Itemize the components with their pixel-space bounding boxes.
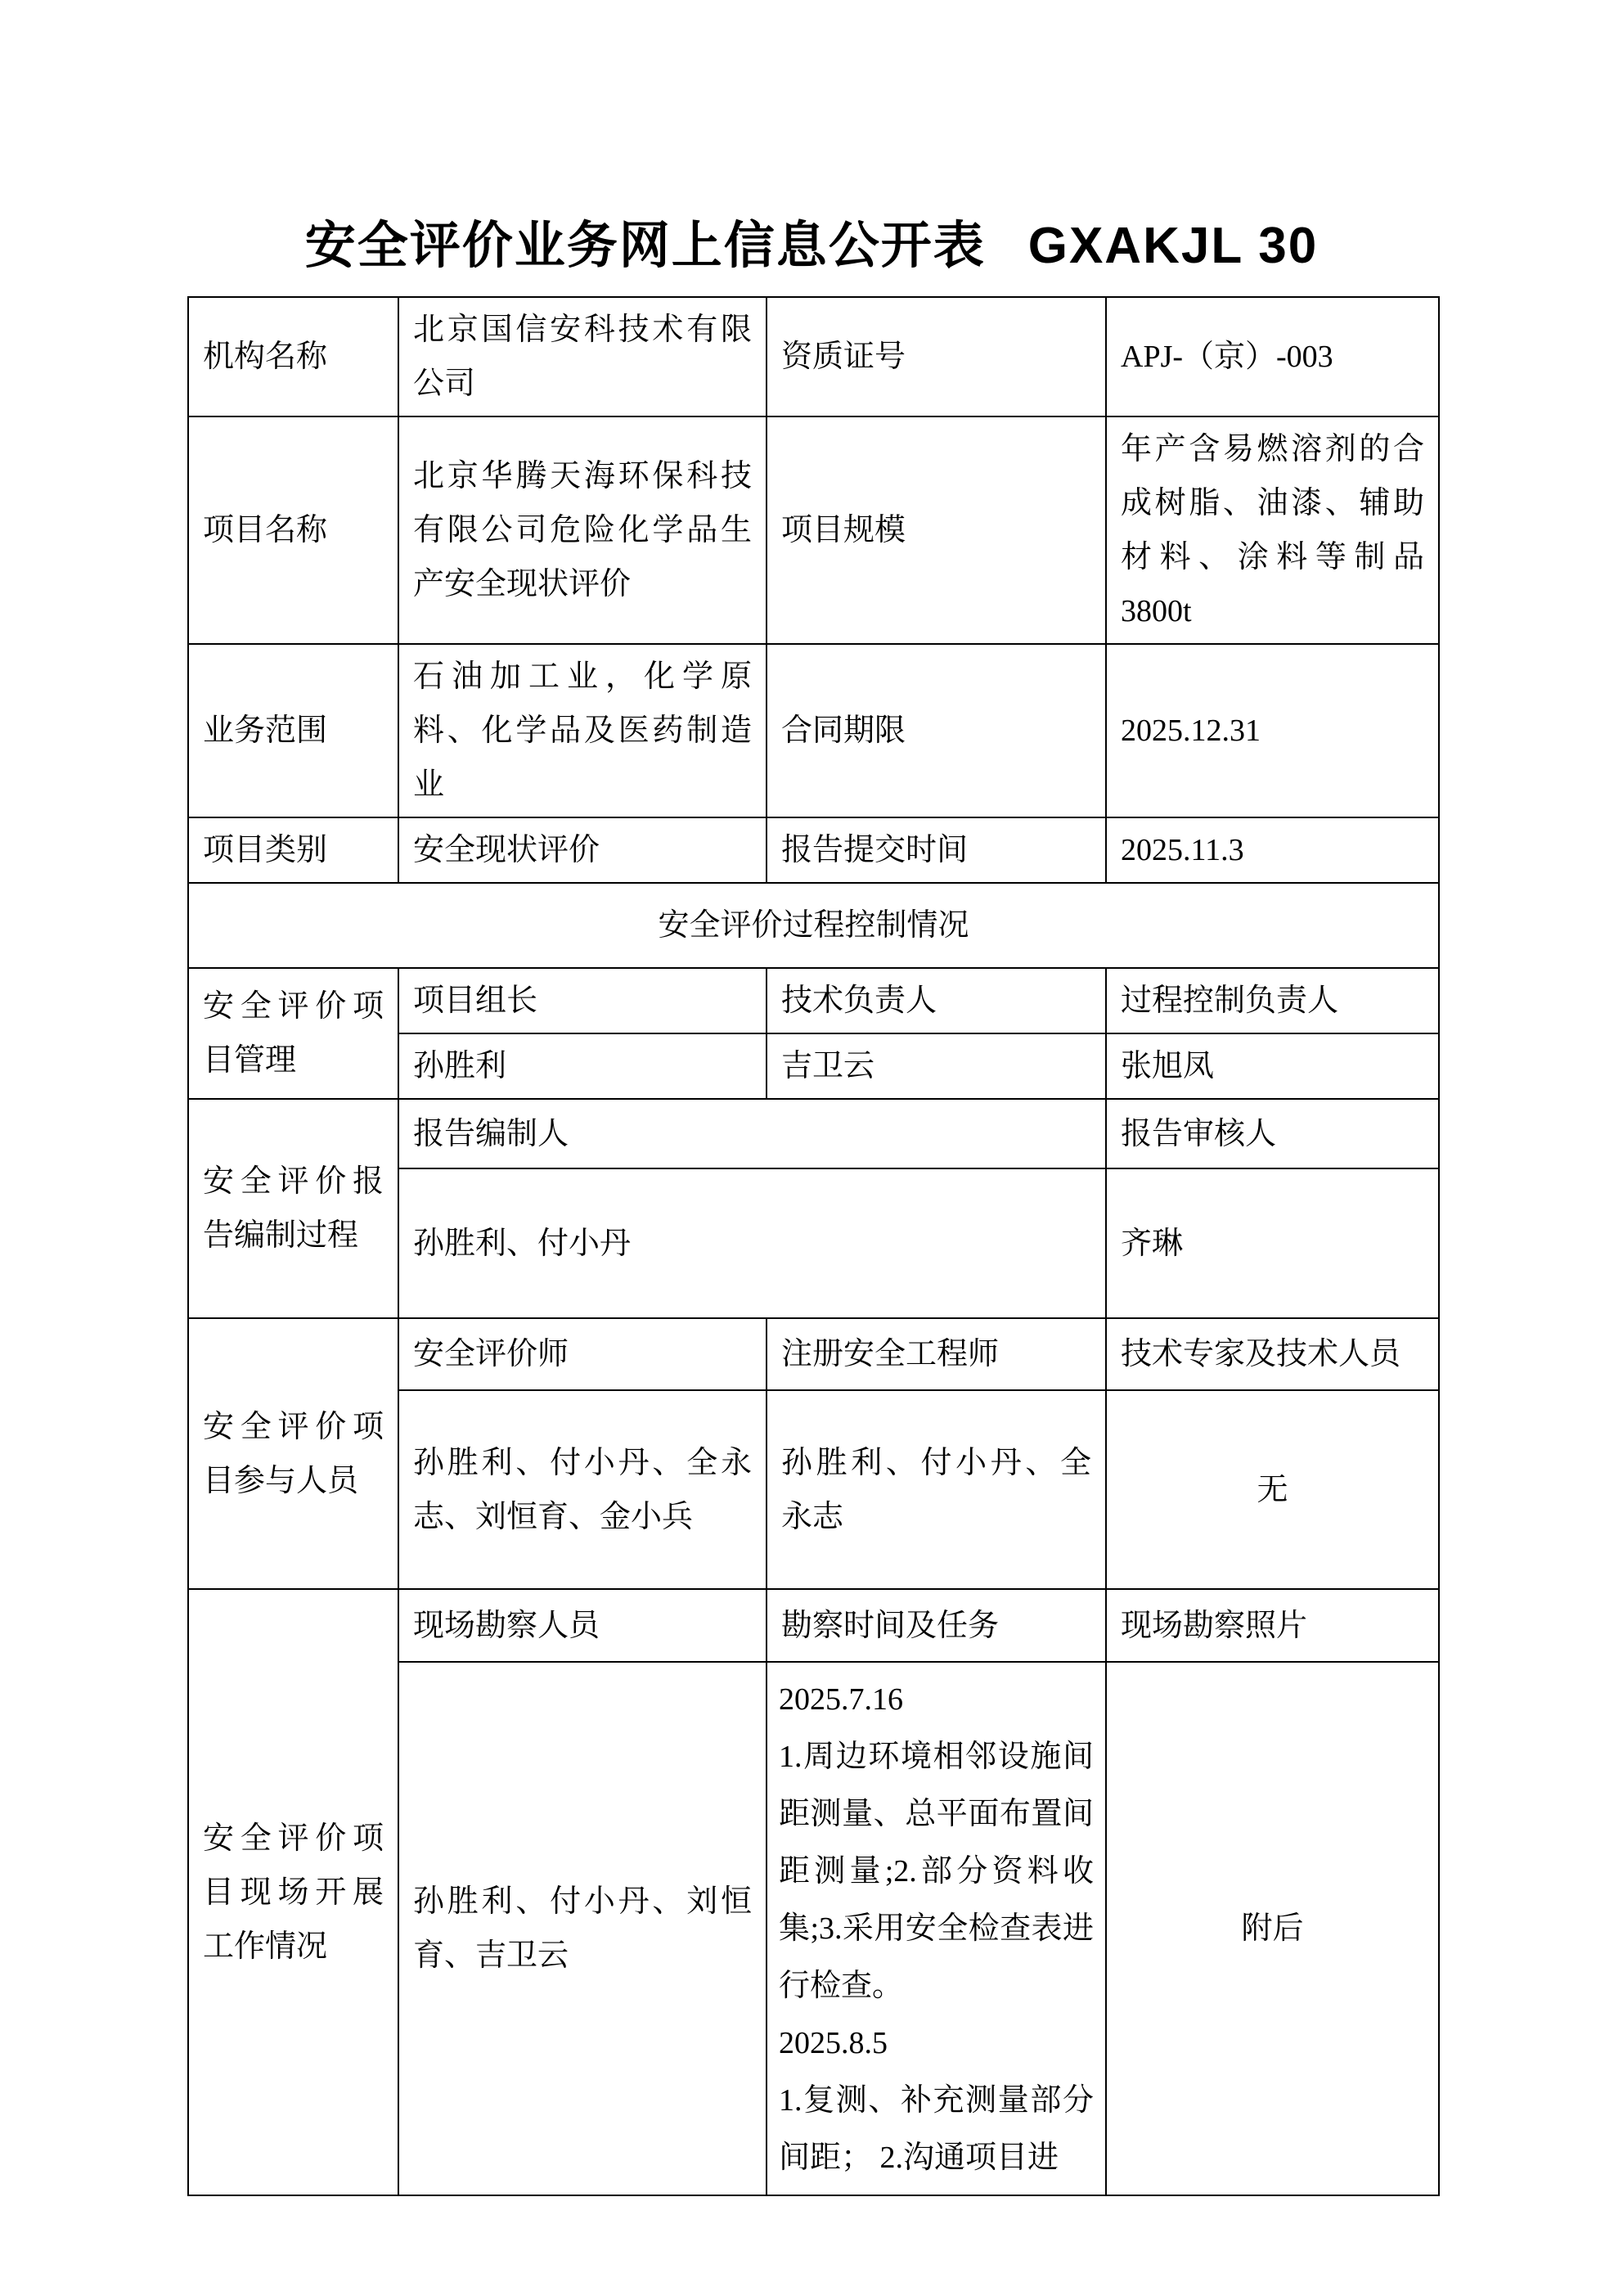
project-value-cell: 北京华腾天海环保科技有限公司危险化学品生产安全现状评价 — [398, 416, 767, 644]
writer-label-cell: 报告编制人 — [398, 1099, 1106, 1168]
tech-value-cell: 吉卫云 — [767, 1033, 1106, 1099]
tech-label-cell: 技术负责人 — [767, 968, 1106, 1033]
scale-label-cell: 项目规模 — [767, 416, 1106, 644]
expert-label-cell: 技术专家及技术人员 — [1106, 1318, 1439, 1390]
site-personnel-value-cell: 孙胜利、付小丹、刘恒育、吉卫云 — [398, 1662, 767, 2195]
contract-value-cell: 2025.12.31 — [1106, 644, 1439, 817]
row-scope: 业务范围 石油加工业，化学原料、化学品及医药制造业 合同期限 2025.12.3… — [188, 644, 1439, 817]
page-title-text: 安全评价业务网上信息公开表 — [305, 205, 986, 277]
participants-row-label-cell: 安全评价项目参与人员 — [188, 1318, 398, 1589]
scale-value-cell: 年产含易燃溶剂的合成树脂、油漆、辅助材料、涂料等制品 3800t — [1106, 416, 1439, 644]
site-row-label-cell: 安全评价项目现场开展工作情况 — [188, 1589, 398, 2195]
leader-value-cell: 孙胜利 — [398, 1033, 767, 1099]
site-photo-label-cell: 现场勘察照片 — [1106, 1589, 1439, 1662]
contract-label-cell: 合同期限 — [767, 644, 1106, 817]
process-value-cell: 张旭凤 — [1106, 1033, 1439, 1099]
reviewer-value-cell: 齐琳 — [1106, 1168, 1439, 1318]
expert-value-cell: 无 — [1106, 1390, 1439, 1589]
row-management-labels: 安全评价项目管理 项目组长 技术负责人 过程控制负责人 — [188, 968, 1439, 1033]
assessor-label-cell: 安全评价师 — [398, 1318, 767, 1390]
row-report-labels: 安全评价报告编制过程 报告编制人 报告审核人 — [188, 1099, 1439, 1168]
submit-label-cell: 报告提交时间 — [767, 817, 1106, 883]
site-personnel-label-cell: 现场勘察人员 — [398, 1589, 767, 1662]
org-label-cell: 机构名称 — [188, 297, 398, 416]
management-row-label-cell: 安全评价项目管理 — [188, 968, 398, 1099]
row-participants-labels: 安全评价项目参与人员 安全评价师 注册安全工程师 技术专家及技术人员 — [188, 1318, 1439, 1390]
info-table: 机构名称 北京国信安科技术有限公司 资质证号 APJ-（京）-003 项目名称 … — [187, 296, 1440, 2196]
report-row-label-cell: 安全评价报告编制过程 — [188, 1099, 398, 1318]
section-header-cell: 安全评价过程控制情况 — [188, 883, 1439, 968]
category-value-cell: 安全现状评价 — [398, 817, 767, 883]
cert-label-cell: 资质证号 — [767, 297, 1106, 416]
cert-value-cell: APJ-（京）-003 — [1106, 297, 1439, 416]
scope-value-cell: 石油加工业，化学原料、化学品及医药制造业 — [398, 644, 767, 817]
submit-value-cell: 2025.11.3 — [1106, 817, 1439, 883]
row-org: 机构名称 北京国信安科技术有限公司 资质证号 APJ-（京）-003 — [188, 297, 1439, 416]
row-section-header: 安全评价过程控制情况 — [188, 883, 1439, 968]
document-page: 安全评价业务网上信息公开表 GXAKJL 30 机构名称 北京国信安科技术有限公… — [0, 0, 1623, 2296]
reviewer-label-cell: 报告审核人 — [1106, 1099, 1439, 1168]
writer-value-cell: 孙胜利、付小丹 — [398, 1168, 1106, 1318]
row-site-labels: 安全评价项目现场开展工作情况 现场勘察人员 勘察时间及任务 现场勘察照片 — [188, 1589, 1439, 1662]
process-label-cell: 过程控制负责人 — [1106, 968, 1439, 1033]
scope-label-cell: 业务范围 — [188, 644, 398, 817]
page-title: 安全评价业务网上信息公开表 GXAKJL 30 — [0, 205, 1623, 277]
assessor-value-cell: 孙胜利、付小丹、全永志、刘恒育、金小兵 — [398, 1390, 767, 1589]
engineer-label-cell: 注册安全工程师 — [767, 1318, 1106, 1390]
org-value-cell: 北京国信安科技术有限公司 — [398, 297, 767, 416]
engineer-value-cell: 孙胜利、付小丹、全永志 — [767, 1390, 1106, 1589]
row-project: 项目名称 北京华腾天海环保科技有限公司危险化学品生产安全现状评价 项目规模 年产… — [188, 416, 1439, 644]
project-label-cell: 项目名称 — [188, 416, 398, 644]
row-category: 项目类别 安全现状评价 报告提交时间 2025.11.3 — [188, 817, 1439, 883]
category-label-cell: 项目类别 — [188, 817, 398, 883]
leader-label-cell: 项目组长 — [398, 968, 767, 1033]
site-photo-value-cell: 附后 — [1106, 1662, 1439, 2195]
site-time-value-cell: 2025.7.16 1.周边环境相邻设施间距测量、总平面布置间距测量;2.部分资… — [767, 1662, 1106, 2195]
page-title-code: GXAKJL 30 — [1028, 217, 1319, 275]
site-time-label-cell: 勘察时间及任务 — [767, 1589, 1106, 1662]
